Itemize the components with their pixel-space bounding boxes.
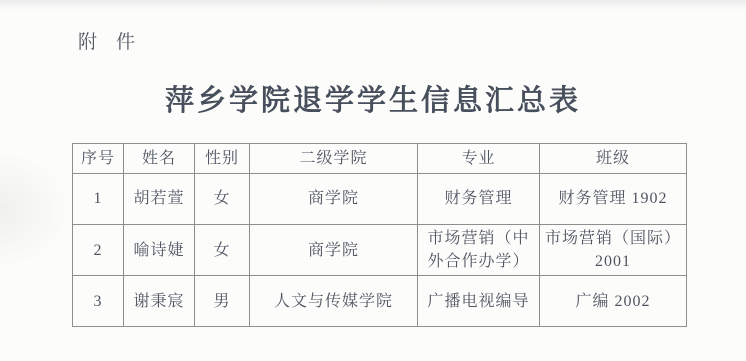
table-row: 2 喻诗婕 女 商学院 市场营销（中外合作办学） 市场营销（国际）2001 [73, 225, 687, 276]
attachment-label: 附 件 [78, 27, 135, 54]
cell-class: 市场营销（国际）2001 [540, 225, 687, 276]
cell-class: 财务管理 1902 [540, 174, 687, 225]
cell-index: 2 [73, 225, 124, 276]
cell-index: 3 [73, 276, 124, 327]
cell-gender: 女 [195, 174, 250, 225]
cell-college: 商学院 [250, 174, 418, 225]
cell-name: 谢秉宸 [124, 276, 195, 327]
table-row: 1 胡若萱 女 商学院 财务管理 财务管理 1902 [73, 174, 687, 225]
cell-major: 财务管理 [418, 174, 540, 225]
table-row: 3 谢秉宸 男 人文与传媒学院 广播电视编导 广编 2002 [73, 276, 687, 327]
header-cell-college: 二级学院 [250, 144, 418, 174]
header-cell-major: 专业 [418, 144, 540, 174]
header-cell-class: 班级 [540, 144, 687, 174]
header-cell-name: 姓名 [124, 144, 195, 174]
cell-major: 市场营销（中外合作办学） [418, 225, 540, 276]
cell-index: 1 [73, 174, 124, 225]
cell-major: 广播电视编导 [418, 276, 540, 327]
cell-college: 商学院 [250, 225, 418, 276]
student-summary-table: 序号 姓名 性别 二级学院 专业 班级 1 胡若萱 女 商学院 财务管理 财务管… [72, 143, 687, 327]
cell-gender: 男 [195, 276, 250, 327]
page-title: 萍乡学院退学学生信息汇总表 [0, 78, 746, 119]
cell-name: 胡若萱 [124, 174, 195, 225]
header-cell-index: 序号 [73, 144, 124, 174]
cell-name: 喻诗婕 [124, 225, 195, 276]
cell-gender: 女 [195, 225, 250, 276]
cell-college: 人文与传媒学院 [250, 276, 418, 327]
header-cell-gender: 性别 [195, 144, 250, 174]
table-header-row: 序号 姓名 性别 二级学院 专业 班级 [73, 144, 687, 174]
cell-class: 广编 2002 [540, 276, 687, 327]
document-page: 附 件 萍乡学院退学学生信息汇总表 序号 姓名 性别 二级学院 专业 班级 1 … [0, 0, 746, 361]
